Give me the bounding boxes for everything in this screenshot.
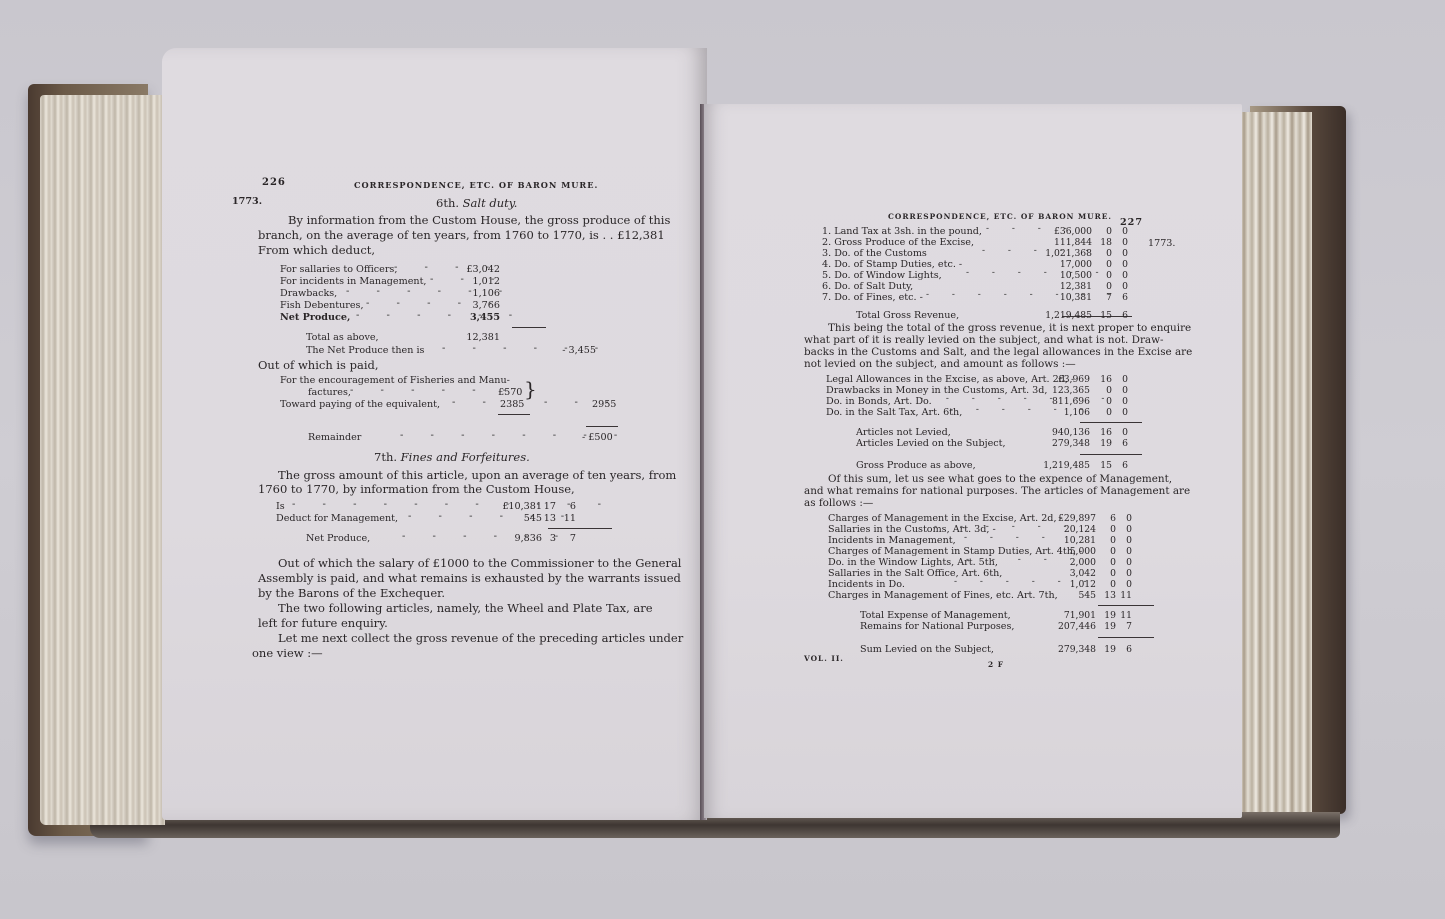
national-purposes-row: Remains for National Purposes, 207,446 1… <box>860 621 1160 633</box>
levied-row: Articles Levied on the Subject, 279,348 … <box>856 438 1156 450</box>
page-stack-left <box>40 95 165 825</box>
paid-line-3: Toward paying of the equivalent, <box>280 399 440 410</box>
sum-levied-row: Sum Levied on the Subject, 279,348 19 6 <box>860 644 1160 656</box>
volume-mark: VOL. II. <box>804 652 844 666</box>
para1-line-4: not levied on the subject, and amount as… <box>804 359 1076 370</box>
fines-intro-1: The gross amount of this article, upon a… <box>278 468 676 482</box>
closing-line-4: The two following articles, namely, the … <box>278 601 653 615</box>
salt-intro-3: From which deduct, <box>258 243 375 257</box>
gross-as-above-row: Gross Produce as above, 1,219,485 15 6 <box>856 460 1156 472</box>
para2-line-3: as follows :— <box>804 498 873 509</box>
paid-amount-2: 2385 <box>500 399 524 410</box>
remainder-label: Remainder <box>308 432 361 443</box>
section-heading-salt: 6th. Salt duty. <box>436 196 517 210</box>
left-page: 226 CORRESPONDENCE, ETC. OF BARON MURE. … <box>162 48 707 820</box>
fines-intro-2: 1760 to 1770, by information from the Cu… <box>258 482 575 496</box>
para1-line-2: what part of it is really levied on the … <box>804 335 1164 346</box>
page-number: 226 <box>262 176 286 190</box>
salt-intro-2: branch, on the average of ten years, fro… <box>258 228 665 242</box>
paid-intro: Out of which is paid, <box>258 358 379 372</box>
salt-intro-1: By information from the Custom House, th… <box>288 213 670 227</box>
closing-line-2: Assembly is paid, and what remains is ex… <box>258 571 681 585</box>
brace-icon: } <box>524 384 537 395</box>
page-stack-right <box>1232 112 1312 812</box>
closing-line-3: by the Barons of the Exchequer. <box>258 586 445 600</box>
margin-year: 1773. <box>1148 238 1175 249</box>
right-page: CORRESPONDENCE, ETC. OF BARON MURE. 227 … <box>704 104 1242 818</box>
running-head: CORRESPONDENCE, ETC. OF BARON MURE. <box>888 210 1112 224</box>
sum-rule <box>512 327 546 328</box>
total-gross-row: Total Gross Revenue, 1,219,485 15 6 <box>856 310 1156 322</box>
closing-line-7: one view :— <box>252 646 323 660</box>
closing-line-6: Let me next collect the gross revenue of… <box>278 631 683 645</box>
closing-line-1: Out of which the salary of £1000 to the … <box>278 556 681 570</box>
management-row: Charges in Management of Fines, etc. Art… <box>828 590 1158 602</box>
section-heading-fines: 7th. Fines and Forfeitures. <box>374 450 530 464</box>
signature-mark: 2 F <box>988 658 1004 672</box>
para1-line-1: This being the total of the gross revenu… <box>828 323 1191 334</box>
running-head: CORRESPONDENCE, ETC. OF BARON MURE. <box>354 178 598 192</box>
margin-year: 1773. <box>232 196 262 207</box>
para2-line-1: Of this sum, let us see what goes to the… <box>828 474 1172 485</box>
closing-line-5: left for future enquiry. <box>258 616 388 630</box>
para1-line-3: backs in the Customs and Salt, and the l… <box>804 347 1192 358</box>
para2-line-2: and what remains for national purposes. … <box>804 486 1190 497</box>
paid-line-2: factures, <box>308 387 351 398</box>
